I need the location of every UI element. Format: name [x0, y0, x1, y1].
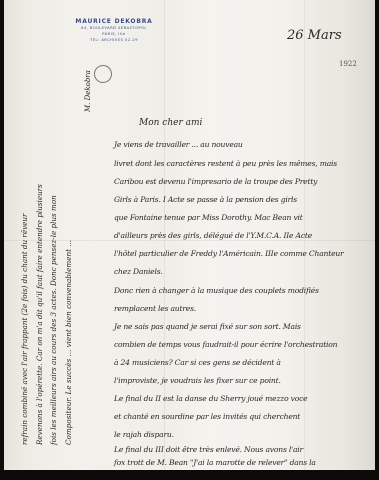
- body-line: à 24 musiciens? Car si ces gens se décid…: [114, 358, 281, 367]
- body-line: le rajah disparu.: [114, 430, 174, 439]
- margin-note-line: Revenons à l'opérette. Car on m'a dit qu…: [33, 184, 48, 445]
- salutation: Mon cher ami: [139, 118, 202, 128]
- margin-signature: M. Dekobra: [84, 70, 92, 112]
- margin-note-line: refrain combiné avec l'air frappant (2e …: [18, 184, 33, 445]
- margin-note-line: Compositeur. Le succès ... vient bien co…: [62, 184, 77, 445]
- margin-note-line: fois les meilleurs airs au cours des 3 a…: [47, 184, 62, 445]
- body-line: Girls à Paris. I Acte se passe à la pens…: [114, 195, 297, 204]
- letterhead-phone: TÉL: ARCHIVES 52-29: [69, 37, 159, 43]
- body-line: remplacent les autres.: [114, 304, 196, 313]
- body-line: que Fontaine tenue par Miss Dorothy. Mac…: [114, 213, 303, 222]
- body-line: l'hôtel particulier de Freddy l'Américai…: [114, 249, 344, 258]
- body-line: Le final du III doit être très enlevé. N…: [114, 445, 303, 454]
- body-line: fox trott de M. Bean "J'ai la marotte de…: [114, 458, 316, 467]
- letter-page: MAURICE DEKOBRA 64, BOULEVARD SÉBASTOPOL…: [4, 0, 375, 470]
- body-line: Donc rien à changer à la musique des cou…: [114, 286, 319, 295]
- body-line: chez Daniels.: [114, 267, 163, 276]
- letterhead: MAURICE DEKOBRA 64, BOULEVARD SÉBASTOPOL…: [69, 19, 159, 43]
- body-line: combien de temps vous faudrait-il pour é…: [114, 340, 337, 349]
- body-line: Je viens de travailler ... au nouveau: [114, 140, 243, 149]
- body-line: Le final du II est la danse du Sherry jo…: [114, 394, 307, 403]
- body-line: l'improviste, je voudrais les fixer sur …: [114, 376, 281, 385]
- year-annotation: 1922: [339, 60, 357, 68]
- archive-stamp-icon: [91, 62, 116, 87]
- body-line: Je ne sais pas quand je serai fixé sur s…: [114, 322, 301, 331]
- margin-note: refrain combiné avec l'air frappant (2e …: [18, 184, 76, 445]
- letter-date: 26 Mars: [287, 28, 342, 43]
- body-line: et chanté en sourdine par les invités qu…: [114, 412, 300, 421]
- body-line: livret dont les caractères restent à peu…: [114, 159, 337, 168]
- body-line: Caribou est devenu l'impresario de la tr…: [114, 177, 317, 186]
- body-line: d'ailleurs près des girls, délégué de l'…: [114, 231, 312, 240]
